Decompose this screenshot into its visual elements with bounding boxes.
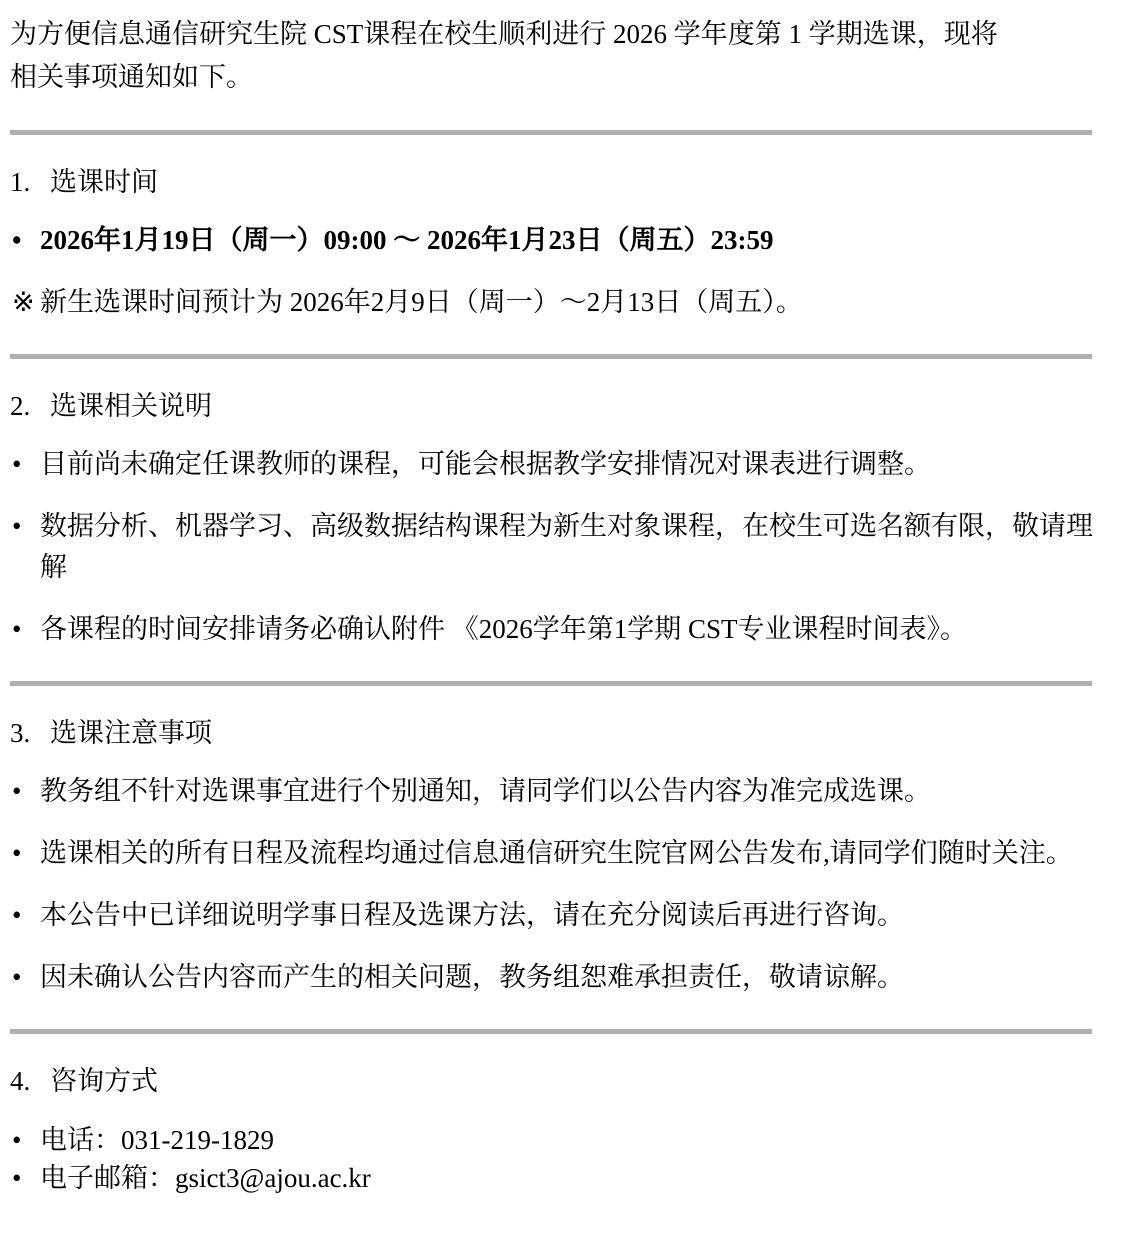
bullet-icon: • bbox=[12, 609, 21, 650]
list-item: •选课相关的所有日程及流程均通过信息通信研究生院官网公告发布,请同学们随时关注。 bbox=[10, 833, 1096, 874]
item-text: 因未确认公告内容而产生的相关问题，教务组恕难承担责任，敬请谅解。 bbox=[40, 962, 904, 992]
section-heading: 3.选课注意事项 bbox=[10, 716, 1096, 750]
list-item: •电子邮箱：gsict3@ajou.ac.kr bbox=[10, 1158, 1096, 1199]
bullet-icon: • bbox=[12, 771, 21, 812]
item-text: 选课相关的所有日程及流程均通过信息通信研究生院官网公告发布,请同学们随时关注。 bbox=[40, 838, 1073, 868]
section-title: 选课注意事项 bbox=[50, 718, 212, 748]
bullet-icon: • bbox=[12, 220, 21, 261]
list-item: •本公告中已详细说明学事日程及选课方法，请在充分阅读后再进行咨询。 bbox=[10, 895, 1096, 936]
section-title: 选课相关说明 bbox=[50, 391, 212, 421]
bullet-icon: • bbox=[12, 833, 21, 874]
notice-document: 为方便信息通信研究生院 CST课程在校生顺利进行 2026 学年度第 1 学期选… bbox=[0, 0, 1124, 1199]
section-2: 2.选课相关说明•目前尚未确定任课教师的课程，可能会根据教学安排情况对课表进行调… bbox=[10, 389, 1096, 650]
section-number: 4. bbox=[10, 1064, 50, 1098]
bullet-icon: • bbox=[12, 957, 21, 998]
item-text: 教务组不针对选课事宜进行个别通知，请同学们以公告内容为准完成选课。 bbox=[40, 776, 931, 806]
item-text: 新生选课时间预计为 2026年2月9日（周一）～2月13日（周五）。 bbox=[40, 287, 803, 317]
section-title: 选课时间 bbox=[50, 167, 158, 197]
section-item-list: •目前尚未确定任课教师的课程，可能会根据教学安排情况对课表进行调整。•数据分析、… bbox=[10, 444, 1096, 650]
section-divider bbox=[10, 354, 1092, 359]
intro-paragraph: 为方便信息通信研究生院 CST课程在校生顺利进行 2026 学年度第 1 学期选… bbox=[10, 13, 1022, 99]
list-item: •电话：031-219-1829 bbox=[10, 1120, 1096, 1161]
section-number: 2. bbox=[10, 389, 50, 423]
list-item: ※新生选课时间预计为 2026年2月9日（周一）～2月13日（周五）。 bbox=[10, 282, 1096, 323]
list-item: •数据分析、机器学习、高级数据结构课程为新生对象课程，在校生可选名额有限，敬请理… bbox=[10, 506, 1096, 588]
reference-mark-icon: ※ bbox=[12, 282, 35, 323]
section-number: 3. bbox=[10, 716, 50, 750]
list-item: •因未确认公告内容而产生的相关问题，教务组恕难承担责任，敬请谅解。 bbox=[10, 957, 1096, 998]
bullet-icon: • bbox=[12, 895, 21, 936]
section-divider bbox=[10, 130, 1092, 135]
bullet-icon: • bbox=[12, 506, 21, 547]
section-item-list: •教务组不针对选课事宜进行个别通知，请同学们以公告内容为准完成选课。•选课相关的… bbox=[10, 771, 1096, 998]
section-4: 4.咨询方式•电话：031-219-1829•电子邮箱：gsict3@ajou.… bbox=[10, 1064, 1096, 1199]
bullet-icon: • bbox=[12, 1120, 21, 1161]
list-item: •2026年1月19日（周一）09:00 ～ 2026年1月23日（周五）23:… bbox=[10, 220, 1096, 261]
item-text: 电话：031-219-1829 bbox=[40, 1125, 274, 1155]
section-3: 3.选课注意事项•教务组不针对选课事宜进行个别通知，请同学们以公告内容为准完成选… bbox=[10, 716, 1096, 998]
item-text: 电子邮箱：gsict3@ajou.ac.kr bbox=[40, 1163, 371, 1193]
section-divider bbox=[10, 1029, 1092, 1034]
bullet-icon: • bbox=[12, 1158, 21, 1199]
list-item: •教务组不针对选课事宜进行个别通知，请同学们以公告内容为准完成选课。 bbox=[10, 771, 1096, 812]
list-item: •目前尚未确定任课教师的课程，可能会根据教学安排情况对课表进行调整。 bbox=[10, 444, 1096, 485]
item-text: 目前尚未确定任课教师的课程，可能会根据教学安排情况对课表进行调整。 bbox=[40, 449, 931, 479]
item-text: 各课程的时间安排请务必确认附件 《2026学年第1学期 CST专业课程时间表》。 bbox=[40, 614, 967, 644]
section-number: 1. bbox=[10, 165, 50, 199]
item-text: 数据分析、机器学习、高级数据结构课程为新生对象课程，在校生可选名额有限，敬请理解 bbox=[40, 511, 1093, 582]
section-heading: 1.选课时间 bbox=[10, 165, 1096, 199]
section-heading: 4.咨询方式 bbox=[10, 1064, 1096, 1098]
section-divider bbox=[10, 681, 1092, 686]
list-item: •各课程的时间安排请务必确认附件 《2026学年第1学期 CST专业课程时间表》… bbox=[10, 609, 1096, 650]
section-heading: 2.选课相关说明 bbox=[10, 389, 1096, 423]
item-text: 本公告中已详细说明学事日程及选课方法，请在充分阅读后再进行咨询。 bbox=[40, 900, 904, 930]
section-item-list: •电话：031-219-1829•电子邮箱：gsict3@ajou.ac.kr bbox=[10, 1120, 1096, 1199]
sections-container: 1.选课时间•2026年1月19日（周一）09:00 ～ 2026年1月23日（… bbox=[10, 130, 1096, 1199]
bullet-icon: • bbox=[12, 444, 21, 485]
section-1: 1.选课时间•2026年1月19日（周一）09:00 ～ 2026年1月23日（… bbox=[10, 165, 1096, 323]
section-title: 咨询方式 bbox=[50, 1066, 158, 1096]
item-text: 2026年1月19日（周一）09:00 ～ 2026年1月23日（周五）23:5… bbox=[40, 225, 773, 255]
section-item-list: •2026年1月19日（周一）09:00 ～ 2026年1月23日（周五）23:… bbox=[10, 220, 1096, 323]
